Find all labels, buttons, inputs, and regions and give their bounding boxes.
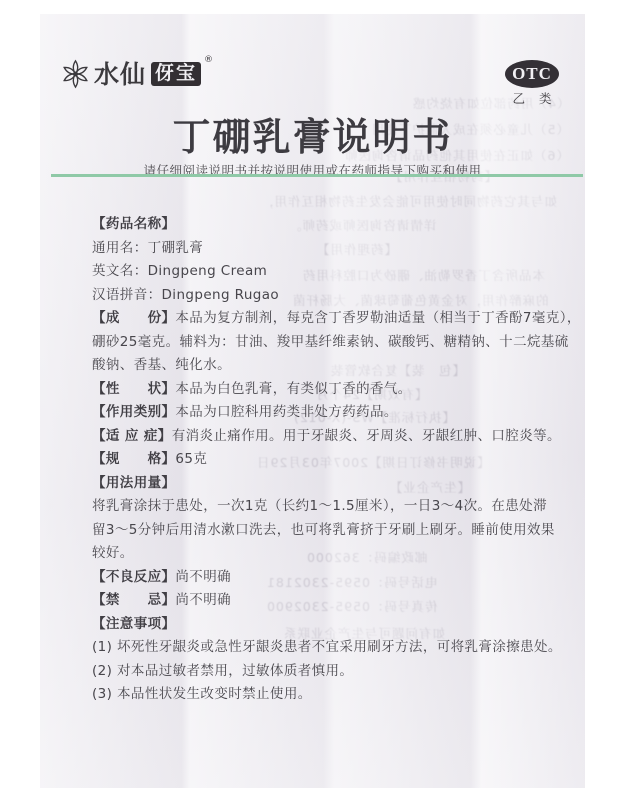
bleedthrough-text: 如与其它药物同时使用可能会发生药物相互作用，	[260, 192, 557, 210]
leaflet-line: 【适 应 症】有消炎止痛作用。用于牙龈炎、牙周炎、牙龈红肿、口腔炎等。	[92, 425, 580, 449]
otc-badge: OTC 乙 类	[503, 60, 561, 107]
brand-name-boxed: 伢宝	[151, 62, 201, 86]
section-text: 65克	[175, 451, 207, 467]
leaflet-line: 【注意事项】	[92, 613, 580, 637]
leaflet-line: 将乳膏涂抹于患处，一次1克（长约1～1.5厘米），一日3～4次。在患处滞	[92, 495, 580, 519]
section-text: 硼砂25毫克。辅料为：甘油、羧甲基纤维素钠、碳酸钙、糖精钠、十二烷基硫	[92, 334, 569, 350]
section-heading: 【性 状】	[92, 381, 175, 397]
leaflet-line: 【药品名称】	[92, 213, 580, 237]
section-text: 留3～5分钟后用清水漱口洗去，也可将乳膏挤于牙刷上刷牙。睡前使用效果	[92, 522, 555, 538]
leaflet-line: 通用名：丁硼乳膏	[92, 237, 580, 261]
otc-oval-logo: OTC	[505, 60, 559, 88]
section-text: 尚不明确	[175, 569, 231, 585]
otc-class-label: 乙 类	[503, 89, 561, 107]
narcissus-flower-icon	[60, 58, 91, 90]
leaflet-body: 【药品名称】通用名：丁硼乳膏英文名：Dingpeng Cream汉语拼音：Din…	[92, 213, 580, 707]
leaflet-line: 汉语拼音：Dingpeng Rugao	[92, 284, 580, 308]
brand-name-text: 水仙	[94, 62, 146, 87]
section-text: 尚不明确	[175, 592, 231, 608]
section-text: 酸钠、香基、纯化水。	[92, 357, 231, 373]
registered-trademark-mark: ®	[204, 55, 213, 65]
section-heading: 【作用类别】	[92, 404, 175, 420]
section-text: 英文名：Dingpeng Cream	[92, 263, 267, 279]
section-heading: 【规 格】	[92, 451, 175, 467]
section-text: 将乳膏涂抹于患处，一次1克（长约1～1.5厘米），一日3～4次。在患处滞	[92, 498, 547, 514]
section-text: 有消炎止痛作用。用于牙龈炎、牙周炎、牙龈红肿、口腔炎等。	[172, 428, 561, 444]
section-text: 本品为白色乳膏，有类似丁香的香气。	[175, 381, 411, 397]
leaflet-line: (1) 坏死性牙龈炎或急性牙龈炎患者不宜采用刷牙方法，可将乳膏涂擦患处。	[92, 636, 580, 660]
section-text: 本品为口腔科用药类非处方药药品。	[175, 404, 397, 420]
leaflet-line: 【性 状】本品为白色乳膏，有类似丁香的香气。	[92, 378, 580, 402]
leaflet-paper: （4）用药部位如有烧灼感（5）儿童必须在成人监护下使用（6）如正在使用其他药品请…	[40, 14, 585, 788]
section-heading: 【不良反应】	[92, 569, 175, 585]
leaflet-line: 留3～5分钟后用清水漱口洗去，也可将乳膏挤于牙刷上刷牙。睡前使用效果	[92, 519, 580, 543]
section-heading: 【成 份】	[92, 310, 175, 326]
leaflet-line: 酸钠、香基、纯化水。	[92, 354, 580, 378]
leaflet-line: 【禁 忌】尚不明确	[92, 589, 580, 613]
section-text: (1) 坏死性牙龈炎或急性牙龈炎患者不宜采用刷牙方法，可将乳膏涂擦患处。	[92, 639, 562, 655]
leaflet-line: 【成 份】本品为复方制剂，每克含丁香罗勒油适量（相当于丁香酚7毫克），	[92, 307, 580, 331]
section-heading: 【注意事项】	[92, 616, 175, 632]
page-title: 丁硼乳膏说明书	[40, 106, 585, 161]
section-text: (2) 对本品过敏者禁用，过敏体质者慎用。	[92, 663, 353, 679]
leaflet-line: 较好。	[92, 542, 580, 566]
section-heading: 【禁 忌】	[92, 592, 175, 608]
leaflet-line: (2) 对本品过敏者禁用，过敏体质者慎用。	[92, 660, 580, 684]
leaflet-line: 【规 格】65克	[92, 448, 580, 472]
leaflet-line: 英文名：Dingpeng Cream	[92, 260, 580, 284]
section-heading: 【适 应 症】	[92, 428, 172, 444]
section-text: (3) 本品性状发生改变时禁止使用。	[92, 686, 312, 702]
leaflet-line: 【用法用量】	[92, 472, 580, 496]
brand-logo: 水仙 伢宝 ®	[60, 58, 213, 90]
section-text: 本品为复方制剂，每克含丁香罗勒油适量（相当于丁香酚7毫克），	[175, 310, 580, 326]
section-text: 较好。	[92, 545, 134, 561]
leaflet-line: (3) 本品性状发生改变时禁止使用。	[92, 683, 580, 707]
section-text: 汉语拼音：Dingpeng Rugao	[92, 287, 279, 303]
section-heading: 【用法用量】	[92, 475, 175, 491]
leaflet-line: 硼砂25毫克。辅料为：甘油、羧甲基纤维素钠、碳酸钙、糖精钠、十二烷基硫	[92, 331, 580, 355]
scan-background: （4）用药部位如有烧灼感（5）儿童必须在成人监护下使用（6）如正在使用其他药品请…	[0, 0, 629, 808]
section-heading: 【药品名称】	[92, 216, 175, 232]
leaflet-line: 【不良反应】尚不明确	[92, 566, 580, 590]
section-text: 通用名：丁硼乳膏	[92, 240, 203, 256]
leaflet-line: 【作用类别】本品为口腔科用药类非处方药药品。	[92, 401, 580, 425]
accent-divider	[51, 174, 583, 177]
